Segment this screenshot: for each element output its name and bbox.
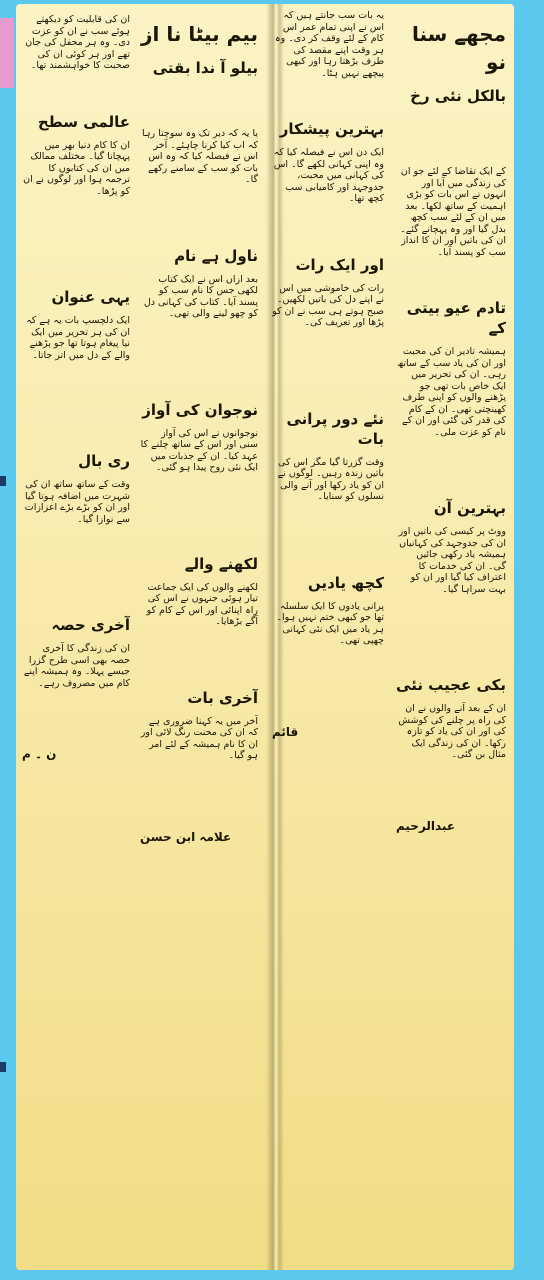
section-heading: ری بال	[22, 451, 130, 471]
article-body: آخر میں یہ کہنا ضروری ہے کہ ان کی محنت ر…	[140, 716, 258, 762]
section-heading: اور ایک رات	[272, 255, 384, 275]
headline-sub: بالکل نئی رخ	[396, 86, 506, 106]
byline: قائم	[272, 727, 384, 739]
byline: عبدالرحیم	[396, 821, 506, 833]
article-body: بعد ازاں اس نے ایک کتاب لکھی جس کا نام س…	[140, 274, 258, 320]
section-heading: آخری حصہ	[22, 615, 130, 635]
article-body: وقت گزرتا گیا مگر اس کی باتیں زندہ رہیں۔…	[272, 457, 384, 503]
article-body: رات کی خاموشی میں اس نے اپنے دل کی باتیں…	[272, 283, 384, 329]
section-heading: بکی عجیب نئی	[396, 675, 506, 695]
article-body: ان کے بعد آنے والوں نے ان کی راہ پر چلنے…	[396, 703, 506, 761]
article-body: ان کی قابلیت کو دیکھتے ہوئے سب نے ان کو …	[22, 14, 130, 72]
column-center-right: یہ بات سب جانتے ہیں کہ اس نے اپنی تمام ع…	[272, 10, 384, 1260]
section-heading: نوجوان کی آواز	[140, 400, 258, 420]
pink-edge-patch	[0, 18, 14, 88]
edge-mark	[0, 1062, 6, 1072]
column-far-left: ان کی قابلیت کو دیکھتے ہوئے سب نے ان کو …	[22, 14, 130, 1264]
section-heading: نئے دور پرانی بات	[272, 409, 384, 449]
byline: ن ۔ م	[22, 749, 130, 761]
section-heading: کچھ یادیں	[272, 573, 384, 593]
section-heading: آخری بات	[140, 688, 258, 708]
section-heading: تادم عیو بیتی کے	[396, 298, 506, 338]
section-heading: یہی عنوان	[22, 287, 130, 307]
article-body: ووٹ پر کیسی کی باتیں اور ان کی جدوجہد کی…	[396, 526, 506, 595]
article-body: ایک دن اس نے فیصلہ کیا کہ وہ اپنی کہانی …	[272, 147, 384, 205]
edge-mark	[0, 476, 6, 486]
article-body: وقت کے ساتھ ساتھ ان کی شہرت میں اضافہ ہو…	[22, 479, 130, 525]
section-heading: بہترین آن	[396, 498, 506, 518]
article-body: پرانی یادوں کا ایک سلسلہ تھا جو کبھی ختم…	[272, 601, 384, 647]
headline-main: مجھے سنا نو	[396, 20, 506, 76]
headline-sub: بیلو آ ندا بقتی	[140, 58, 258, 78]
article-body: کے ایک تقاضا کے لئے جو ان کی زندگی میں آ…	[396, 166, 506, 258]
article-body: یا یہ کہ دیر تک وہ سوچتا رہا کہ اب کیا ک…	[140, 128, 258, 186]
headline-main: بیم بیٹا نا از	[140, 20, 258, 48]
section-heading: ناول ہے نام	[140, 246, 258, 266]
article-body: نوجوانوں نے اس کی آواز سنی اور اس کے سات…	[140, 428, 258, 474]
column-center-left: بیم بیٹا نا از بیلو آ ندا بقتی یا یہ کہ …	[140, 10, 258, 1260]
article-body: ہمیشہ تادیر ان کی محبت اور ان کی یاد سب …	[396, 346, 506, 438]
article-body: ایک دلچسپ بات یہ ہے کہ ان کی ہر تحریر می…	[22, 315, 130, 361]
section-heading: بہترین پیشکار	[272, 119, 384, 139]
section-heading: لکھنے والے	[140, 554, 258, 574]
article-body: ان کی زندگی کا آخری حصہ بھی اسی طرح گزرا…	[22, 643, 130, 689]
article-body: یہ بات سب جانتے ہیں کہ اس نے اپنی تمام ع…	[272, 10, 384, 79]
article-body: ان کا کام دنیا بھر میں پہچانا گیا۔ مختلف…	[22, 140, 130, 198]
section-heading: عالمی سطح	[22, 112, 130, 132]
newspaper-page: مجھے سنا نو بالکل نئی رخ کے ایک تقاضا کے…	[16, 4, 514, 1270]
article-body: لکھنے والوں کی ایک جماعت تیار ہوئی جنہوں…	[140, 582, 258, 628]
byline: علامہ ابن حسن	[140, 832, 258, 844]
column-far-right: مجھے سنا نو بالکل نئی رخ کے ایک تقاضا کے…	[396, 10, 506, 1260]
